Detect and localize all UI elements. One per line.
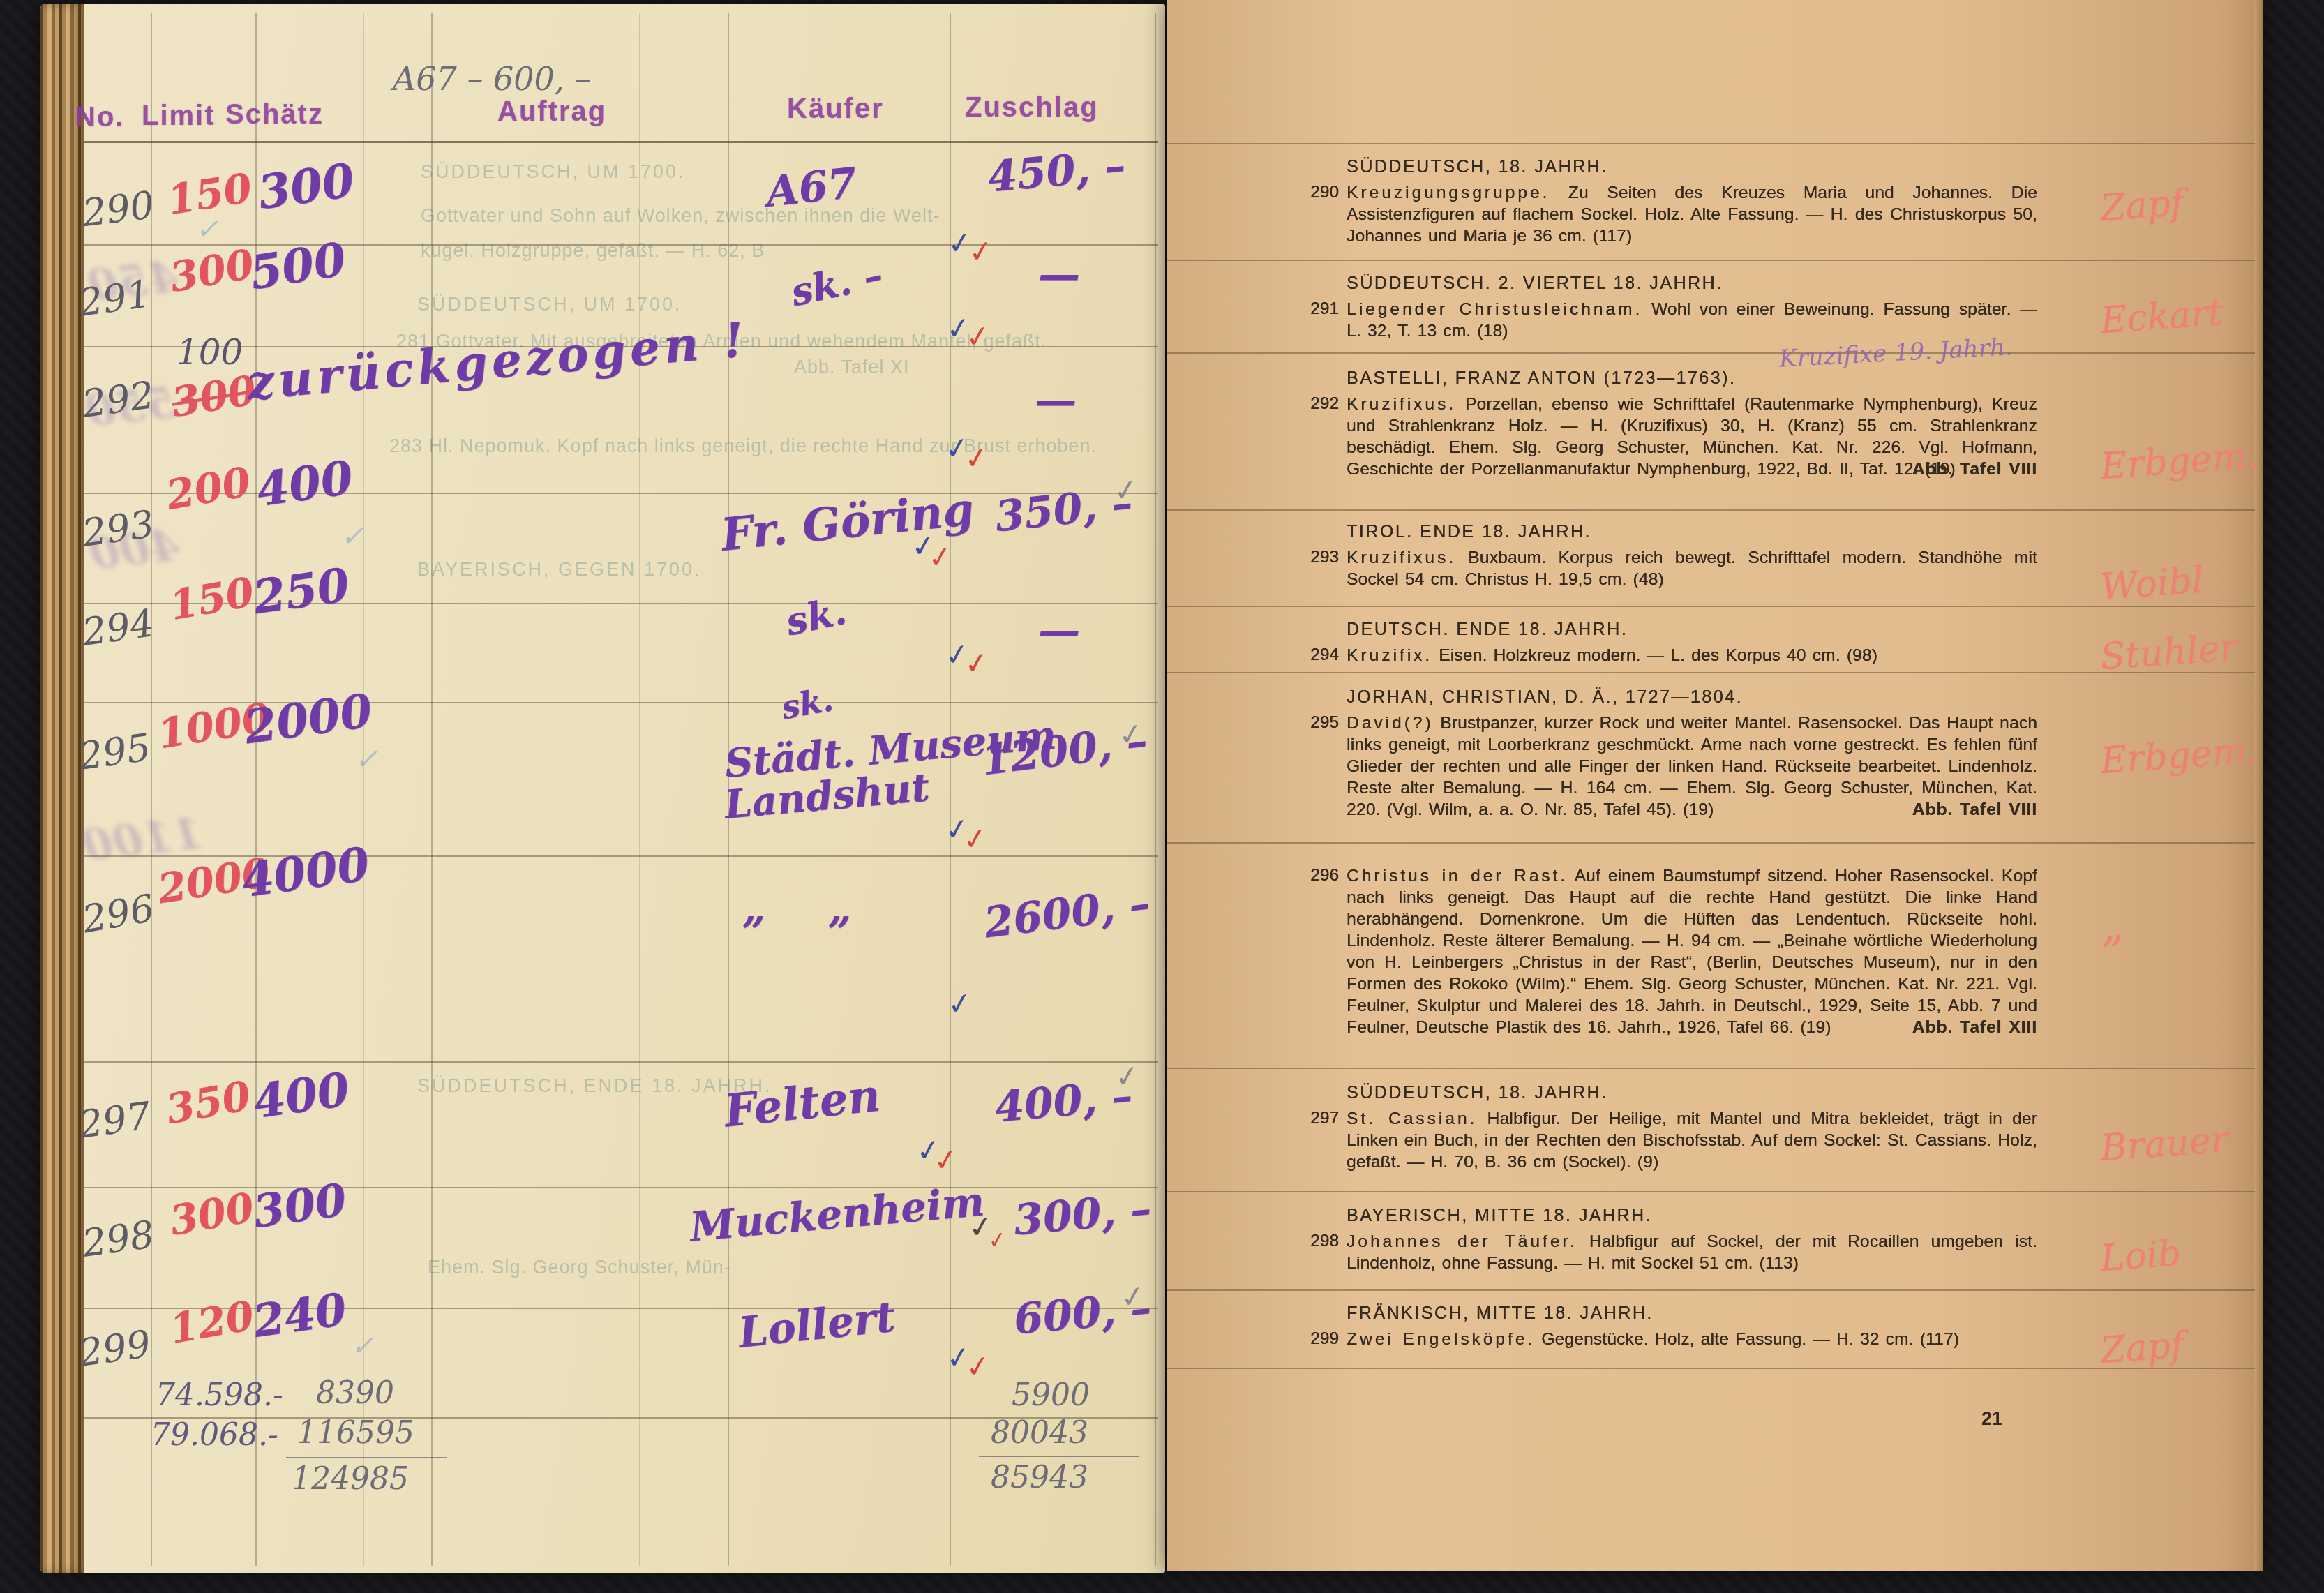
lot-number: 291 [76,271,153,325]
catalog-entry-292: Kruzifixe 19. Jahrh. BASTELLI, FRANZ ANT… [1347,368,2037,480]
check-icon: ✓ [926,539,955,576]
entry-title: St. Cassian. [1347,1109,1477,1128]
column-header-zuschlag: Zuschlag [965,92,1099,124]
entry-header: DEUTSCH. ENDE 18. JAHRH. [1347,620,2037,640]
hammer-price: — [1035,375,1077,424]
column-header-limit: Limit [142,100,216,132]
limit-alt-value: 100 [177,332,243,373]
margin-buyer-name: Brauer [2099,1105,2263,1169]
lot-number: 290 [80,183,157,235]
section-rule [1167,1289,2255,1291]
lot-number: 292 [1294,394,1339,414]
ghost-text: Abb. Tafel XI [794,357,910,378]
limit-value: 300 [166,240,257,301]
entry-header: FRÄNKISCH, MITTE 18. JAHRH. [1347,1303,2037,1324]
hammer-total-2: 80043 [991,1415,1088,1451]
column-header-schaetz: Schätz [225,99,324,130]
entry-text: Christus in der Rast. Auf einem Baumstum… [1347,865,2037,1038]
entry-title: David(?) [1347,714,1434,733]
entry-header: JORHAN, CHRISTIAN, D. Ä., 1727—1804. [1347,687,2037,708]
estimate-value: 250 [250,558,352,625]
entry-body: Gegenstücke. Holz, alte Fassung. — H. 32… [1541,1330,1959,1349]
entry-text: Zwei Engelsköpfe. Gegenstücke. Holz, alt… [1347,1329,2037,1350]
entry-text: Kruzifixus. Buxbaum. Korpus reich bewegt… [1347,547,2037,590]
entry-header: BASTELLI, FRANZ ANTON (1723—1763). [1347,368,2037,389]
hammer-price: 2600, – [982,879,1153,948]
entry-text: Liegender Christusleichnam. Wohl von ein… [1347,299,2037,342]
hammer-total-sum: 85943 [991,1460,1088,1495]
estimate-total-2: 116595 [297,1415,414,1451]
catalog-entry-296: 296 Christus in der Rast. Auf einem Baum… [1347,865,2037,1038]
book-scan: SÜDDEUTSCH, UM 1700. Gottvater und Sohn … [0,0,2324,1593]
catalog-entry-290: SÜDDEUTSCH, 18. JAHRH. 290 Kreuzigungsgr… [1347,157,2037,247]
margin-buyer-name: Erbgem. [2099,424,2263,488]
lot-number: 299 [76,1322,153,1375]
ghost-text: SÜDDEUTSCH, UM 1700. [417,294,682,315]
section-rule [1167,1191,2255,1192]
catalog-entry-295: JORHAN, CHRISTIAN, D. Ä., 1727—1804. 295… [1347,687,2037,821]
ghost-text: BAYERISCH, GEGEN 1700. [417,559,702,581]
entry-title: Zwei Engelsköpfe. [1347,1330,1535,1349]
estimate-value: 4000 [238,837,373,908]
hammer-price: — [1038,250,1080,299]
estimate-value: 240 [250,1283,350,1348]
lot-number: 294 [1294,645,1339,665]
lot-number: 295 [1294,713,1339,733]
entry-text: David(?) Brustpanzer, kurzer Rock und we… [1347,712,2037,821]
margin-buyer-name: Loib [2099,1216,2263,1280]
column-header-auftrag: Auftrag [497,96,606,128]
section-rule [1167,509,2255,511]
pencil-check-icon: ✓ [1111,472,1141,509]
faint-check: ✓ [351,1330,375,1362]
sum-rule [286,1457,447,1458]
column-header-kaeufer: Käufer [787,94,884,125]
section-rule [1167,1368,2255,1369]
buyer-abbrev: sk. [779,680,836,726]
hammer-price: — [1038,606,1080,655]
estimate-total-sum: 124985 [292,1461,409,1497]
section-rule [1167,260,2255,261]
buyer-name: Muckenheim [688,1178,987,1251]
hammer-price: 450, – [986,142,1127,202]
margin-buyer-name: Stuhler [2099,614,2263,678]
faint-check: ✓ [354,744,378,776]
entry-text: Kreuzigungsgruppe. Zu Seiten des Kreuzes… [1347,182,2037,247]
section-rule [1167,143,2255,144]
faint-check: ✓ [340,521,364,553]
entry-text: Kruzifix. Eisen. Holzkreuz modern. — L. … [1347,645,2037,666]
plate-reference: Abb. Tafel VIII [1912,458,2037,480]
buyer-name: A67 [764,158,860,216]
check-icon: ✓ [931,1142,961,1179]
lot-number: 295 [76,725,153,779]
entry-title: Kreuzigungsgruppe. [1347,184,1550,202]
entry-body: Eisen. Holzkreuz modern. — L. des Korpus… [1439,646,1877,665]
plate-reference: Abb. Tafel VIII [1912,799,2037,821]
estimate-value: 500 [246,232,350,301]
entry-text: St. Cassian. Halbfigur. Der Heilige, mit… [1347,1108,2037,1173]
entry-title: Kruzifix. [1347,646,1432,665]
estimate-value: 400 [253,450,356,517]
check-icon: ✓ [962,440,991,477]
margin-buyer-name: Erbgem. [2099,718,2263,782]
lot-number: 298 [80,1212,157,1266]
sum-rule [979,1456,1139,1457]
lot-number: 290 [1294,183,1339,202]
entry-text: Kruzifixus. Porzellan, ebenso wie Schrif… [1347,394,2037,480]
entry-header: SÜDDEUTSCH. 2. VIERTEL 18. JAHRH. [1347,274,2037,294]
faint-check: ✓ [195,214,219,246]
section-rule [1167,842,2255,844]
estimate-total-1: 8390 [316,1375,394,1411]
column-header-no: No. [75,102,124,133]
lot-number: 298 [1294,1232,1339,1251]
ghost-text: Ehem. Slg. Georg Schuster, Mün- [428,1257,731,1278]
catalog-page: SÜDDEUTSCH, 18. JAHRH. 290 Kreuzigungsgr… [1167,0,2263,1571]
margin-buyer-name: Zapf [2099,1308,2263,1372]
pencil-check-icon: ✓ [1113,1058,1142,1095]
hammer-price: 300, – [1012,1185,1153,1246]
entry-title: Kruzifixus. [1347,395,1456,414]
catalog-entry-297: SÜDDEUTSCH, 18. JAHRH. 297 St. Cassian. … [1347,1083,2037,1173]
lot-number: 297 [1294,1109,1339,1128]
check-icon: ✓ [945,985,975,1022]
buyer-name: Lollert [736,1292,897,1357]
limit-total-2: 79.068.- [151,1417,278,1453]
entry-title: Kruzifixus. [1347,548,1456,567]
catalog-entry-293: TIROL. ENDE 18. JAHRH. 293 Kruzifixus. B… [1347,522,2037,590]
entry-header: SÜDDEUTSCH, 18. JAHRH. [1347,1083,2037,1103]
header-rule [84,141,1158,143]
margin-buyer-name: Eckart [2099,278,2263,342]
check-icon: ✓ [986,1225,1008,1254]
margin-buyer-name: Zapf [2099,165,2263,230]
buyer-name: sk. – [787,252,887,315]
lot-number: 297 [76,1093,153,1147]
entry-title: Christus in der Rast. [1347,867,1568,885]
estimate-value: 400 [250,1062,352,1129]
catalog-entry-294: DEUTSCH. ENDE 18. JAHRH. 294 Kruzifix. E… [1347,620,2037,666]
catalog-entry-291: SÜDDEUTSCH. 2. VIERTEL 18. JAHRH. 291 Li… [1347,274,2037,342]
ditto-mark: ” [827,908,850,955]
ghost-text: 283 Hl. Nepomuk. Kopf nach links geneigt… [389,435,1097,457]
section-rule [1167,672,2255,673]
estimate-value: 300 [250,1174,350,1239]
entry-body: Auf einem Baumstumpf sitzend. Hoher Rase… [1347,867,2037,1037]
limit-total-1: 74.598.- [156,1377,283,1413]
entry-header: TIROL. ENDE 18. JAHRH. [1347,522,2037,542]
lot-number: 291 [1294,299,1339,319]
check-icon: ✓ [964,1348,993,1385]
ledger-page: SÜDDEUTSCH, UM 1700. Gottvater und Sohn … [40,4,1165,1573]
page-number: 21 [1981,1408,2002,1430]
auftrag-note: A67 – 600, – [393,60,591,98]
ghost-text: kugel. Holzgruppe, gefaßt. — H. 62, B [421,240,765,262]
section-rule [1167,1068,2255,1069]
catalog-entry-298: BAYERISCH, MITTE 18. JAHRH. 298 Johannes… [1347,1206,2037,1274]
hammer-price: 400, – [993,1072,1134,1132]
row-rule [84,1061,1158,1063]
entry-header: BAYERISCH, MITTE 18. JAHRH. [1347,1206,2037,1226]
ditto-mark: ” [742,908,765,955]
lot-number: 294 [80,601,157,655]
catalog-entry-299: FRÄNKISCH, MITTE 18. JAHRH. 299 Zwei Eng… [1347,1303,2037,1350]
ghost-text: Gottvater und Sohn auf Wolken, zwischen … [421,205,940,227]
ghost-text: SÜDDEUTSCH, ENDE 18. JAHRH. [417,1075,772,1097]
check-icon: ✓ [964,318,993,355]
lot-number: 296 [1294,866,1339,885]
lot-number: 293 [1294,548,1339,567]
limit-value: 350 [163,1072,254,1133]
ghost-text: SÜDDEUTSCH, UM 1700. [421,161,686,183]
margin-ditto-mark: „ [2099,878,2263,952]
entry-title: Johannes der Täufer. [1347,1232,1577,1251]
entry-title: Liegender Christusleichnam. [1347,300,1642,319]
limit-value: 300 [166,1183,257,1245]
check-icon: ✓ [966,233,996,270]
pencil-check-icon: ✓ [1118,1278,1148,1315]
limit-value: 200 [163,458,254,519]
plate-reference: Abb. Tafel XIII [1912,1017,2037,1038]
entry-header: SÜDDEUTSCH, 18. JAHRH. [1347,157,2037,177]
lot-number: 299 [1294,1329,1339,1349]
limit-value: 120 [166,1292,257,1353]
estimate-value: 300 [255,153,357,220]
limit-value-struck: 300 [168,366,259,426]
buyer-name: sk. [781,588,850,645]
lot-number: 296 [79,886,157,942]
hammer-total-1: 5900 [1012,1377,1090,1413]
section-rule [1167,606,2255,607]
pencil-check-icon: ✓ [1116,716,1146,753]
check-icon: ✓ [961,821,990,858]
withdrawn-note: zurückgezogen ! [245,312,751,411]
check-icon: ✓ [962,645,991,682]
entry-text: Johannes der Täufer. Halbfigur auf Socke… [1347,1231,2037,1274]
limit-value: 150 [166,568,257,629]
section-rule [1167,352,2255,354]
margin-buyer-name: Woibl [2099,544,2263,608]
